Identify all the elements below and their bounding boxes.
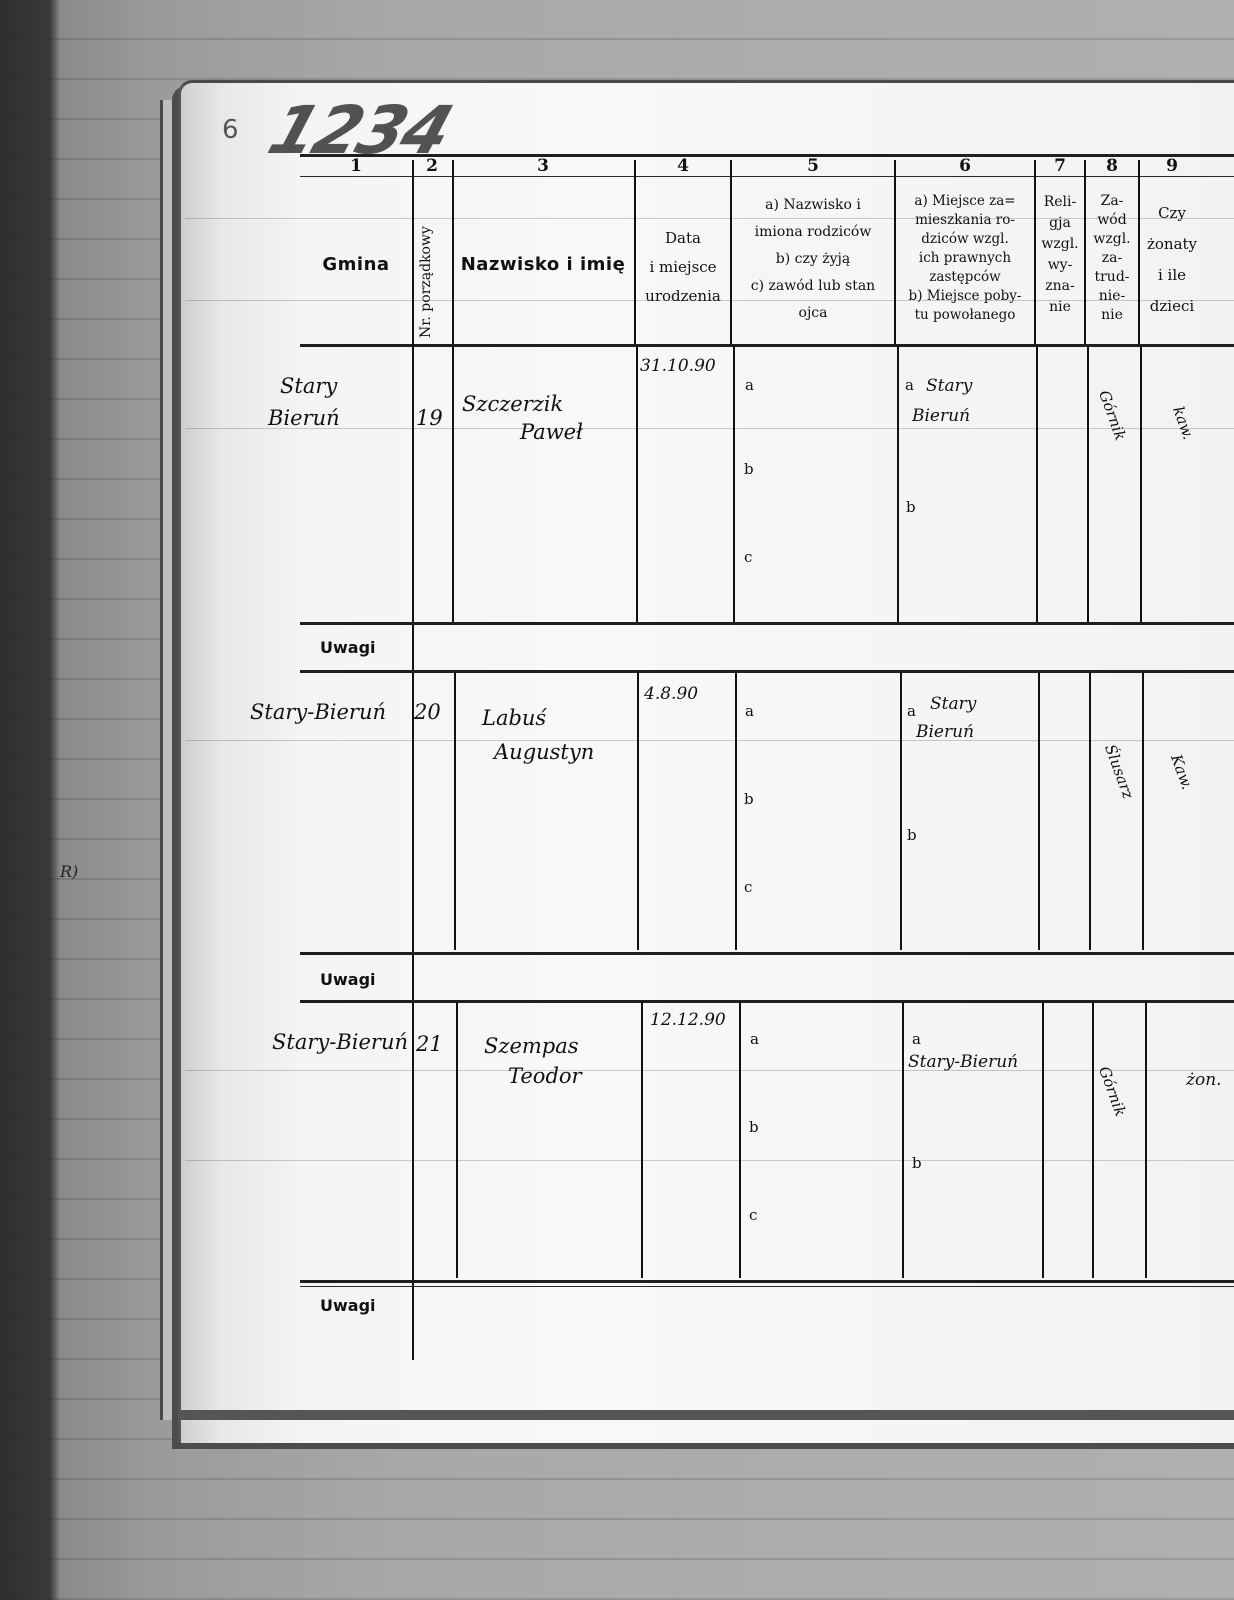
- column-header-nazwisko-imie: Nazwisko i imię: [452, 254, 634, 275]
- row-divider: [897, 346, 899, 622]
- row-divider: [1092, 1002, 1094, 1278]
- sub-label-a: a: [907, 702, 916, 720]
- column-3-number: 3: [452, 156, 634, 176]
- page-edge: [160, 100, 180, 1420]
- header-line: urodzenia: [636, 282, 730, 311]
- record-birth-date: 12.12.90: [650, 1010, 726, 1030]
- faint-rule: [185, 1070, 1234, 1071]
- record-birth-date: 31.10.90: [640, 356, 716, 376]
- sub-label-c: c: [749, 1206, 757, 1224]
- header-line: Reli-: [1036, 192, 1084, 213]
- header-line: dziców wzgl.: [896, 230, 1034, 249]
- sub-label-a: a: [912, 1030, 921, 1048]
- record-residence: Stary-Bieruń: [908, 1052, 1018, 1072]
- row-divider: [641, 1002, 643, 1278]
- remarks-label: Uwagi: [320, 1296, 376, 1315]
- record-gmina: Stary-Bieruń: [272, 1030, 408, 1054]
- header-line: nie: [1086, 306, 1138, 325]
- column-1-number: 1: [300, 156, 412, 176]
- column-4-number: 4: [636, 156, 730, 176]
- sub-label-a: a: [750, 1030, 759, 1048]
- header-line: a) Nazwisko i: [732, 192, 894, 219]
- faint-rule: [185, 1160, 1234, 1161]
- header-line: Data: [636, 224, 730, 253]
- row-divider: [1087, 346, 1089, 622]
- column-header-gmina: Gmina: [300, 254, 412, 275]
- header-line: mieszkania ro-: [896, 211, 1034, 230]
- row-divider: [1140, 346, 1142, 622]
- margin-note: R): [60, 862, 78, 881]
- column-6-number: 6: [896, 156, 1034, 176]
- record-residence: Stary: [926, 376, 972, 396]
- column-9-number: 9: [1140, 156, 1204, 176]
- header-line: ich prawnych: [896, 249, 1034, 268]
- header-line: zastępców: [896, 268, 1034, 287]
- header-line: b) Miejsce poby-: [896, 287, 1034, 306]
- record-gmina: Stary-Bieruń: [250, 700, 386, 724]
- record-residence: Stary: [930, 694, 976, 714]
- header-line: a) Miejsce za=: [896, 192, 1034, 211]
- header-line: trud-: [1086, 268, 1138, 287]
- header-line: ojca: [732, 300, 894, 327]
- row-divider: [636, 346, 638, 622]
- row-divider: [1042, 1002, 1044, 1278]
- column-divider: [452, 160, 454, 344]
- record-nr: 19: [416, 406, 443, 430]
- column-5-number: 5: [732, 156, 894, 176]
- header-line: gja: [1036, 213, 1084, 234]
- header-line: b) czy żyją: [732, 246, 894, 273]
- sub-label-b: b: [907, 826, 917, 844]
- header-line: żonaty: [1140, 229, 1204, 260]
- header-line: wy-: [1036, 255, 1084, 276]
- row-divider: [456, 1002, 458, 1278]
- remarks-bottom-rule: [300, 670, 1234, 673]
- row-divider: [739, 1002, 741, 1278]
- header-num-rule: [300, 176, 1234, 177]
- column-header-religia: Reli- gja wzgl. wy- zna- nie: [1036, 192, 1084, 318]
- faint-rule: [185, 740, 1234, 741]
- header-line: i miejsce: [636, 253, 730, 282]
- header-line: i ile: [1140, 260, 1204, 291]
- header-line: wód: [1086, 211, 1138, 230]
- record-given-name: Teodor: [508, 1064, 582, 1088]
- sub-label-b: b: [906, 498, 916, 516]
- row-divider: [452, 346, 454, 622]
- row-divider: [1036, 346, 1038, 622]
- header-line: dzieci: [1140, 291, 1204, 322]
- remarks-double-rule: [300, 1286, 1234, 1287]
- header-bottom-rule: [300, 344, 1234, 347]
- remarks-label: Uwagi: [320, 970, 376, 989]
- record-surname: Szempas: [484, 1034, 579, 1058]
- sub-label-b: b: [744, 460, 754, 478]
- sub-label-a: a: [905, 376, 914, 394]
- record-residence: Bieruń: [912, 406, 970, 426]
- record-married: żon.: [1186, 1070, 1222, 1090]
- pencil-mark: 6: [222, 115, 239, 145]
- header-line: c) zawód lub stan: [732, 273, 894, 300]
- record-gmina: Stary: [280, 374, 337, 398]
- sub-label-c: c: [744, 878, 752, 896]
- row-divider: [1142, 672, 1144, 950]
- row-divider: [902, 1002, 904, 1278]
- record-nr: 20: [414, 700, 441, 724]
- header-line: nie: [1036, 297, 1084, 318]
- sub-label-a: a: [745, 376, 754, 394]
- record-surname: Szczerzik: [462, 392, 563, 416]
- page-bottom-edge: [178, 1410, 1234, 1420]
- row-divider: [454, 672, 456, 950]
- row-divider: [733, 346, 735, 622]
- column-divider: [730, 160, 732, 344]
- header-line: Za-: [1086, 192, 1138, 211]
- record-surname: Labuś: [482, 706, 546, 730]
- row-divider: [1038, 672, 1040, 950]
- row-divider: [637, 672, 639, 950]
- sub-label-a: a: [745, 702, 754, 720]
- row-divider: [735, 672, 737, 950]
- record-residence: Bieruń: [916, 722, 974, 742]
- remarks-label: Uwagi: [320, 638, 376, 657]
- column-8-number: 8: [1086, 156, 1138, 176]
- column-2-number: 2: [412, 156, 452, 176]
- header-line: zna-: [1036, 276, 1084, 297]
- column-header-data-urodzenia: Data i miejsce urodzenia: [636, 224, 730, 311]
- remarks-top-rule: [300, 1280, 1234, 1283]
- sub-label-b: b: [749, 1118, 759, 1136]
- header-line: nie-: [1086, 287, 1138, 306]
- row-divider: [1145, 1002, 1147, 1278]
- faint-rule: [185, 428, 1234, 429]
- column-divider: [894, 160, 896, 344]
- record-nr: 21: [416, 1032, 443, 1056]
- remarks-top-rule: [300, 622, 1234, 625]
- column-header-miejsce-zamieszkania: a) Miejsce za= mieszkania ro- dziców wzg…: [896, 192, 1034, 325]
- header-line: wzgl.: [1036, 234, 1084, 255]
- record-given-name: Augustyn: [494, 740, 594, 764]
- header-line: Czy: [1140, 198, 1204, 229]
- record-birth-date: 4.8.90: [644, 684, 698, 704]
- column-header-zawod: Za- wód wzgl. za- trud- nie- nie: [1086, 192, 1138, 325]
- row-divider: [1089, 672, 1091, 950]
- header-line: za-: [1086, 249, 1138, 268]
- column-divider: [634, 160, 636, 344]
- record-given-name: Paweł: [520, 420, 583, 444]
- column-divider: [1034, 160, 1036, 344]
- column-divider: [1084, 160, 1086, 344]
- sub-label-b: b: [912, 1154, 922, 1172]
- row-divider: [900, 672, 902, 950]
- column-header-nr-porzadkowy: Nr. porządkowy: [418, 226, 434, 338]
- column-divider-gmina: [412, 160, 414, 1360]
- header-line: wzgl.: [1086, 230, 1138, 249]
- column-7-number: 7: [1036, 156, 1084, 176]
- remarks-top-rule: [300, 952, 1234, 955]
- column-header-rodzice: a) Nazwisko i imiona rodziców b) czy żyj…: [732, 192, 894, 327]
- sub-label-c: c: [744, 548, 752, 566]
- header-line: tu powołanego: [896, 306, 1034, 325]
- header-line: imiona rodziców: [732, 219, 894, 246]
- record-gmina: Bieruń: [268, 406, 340, 430]
- column-divider: [1138, 160, 1140, 344]
- column-header-zonaty: Czy żonaty i ile dzieci: [1140, 198, 1204, 322]
- sub-label-b: b: [744, 790, 754, 808]
